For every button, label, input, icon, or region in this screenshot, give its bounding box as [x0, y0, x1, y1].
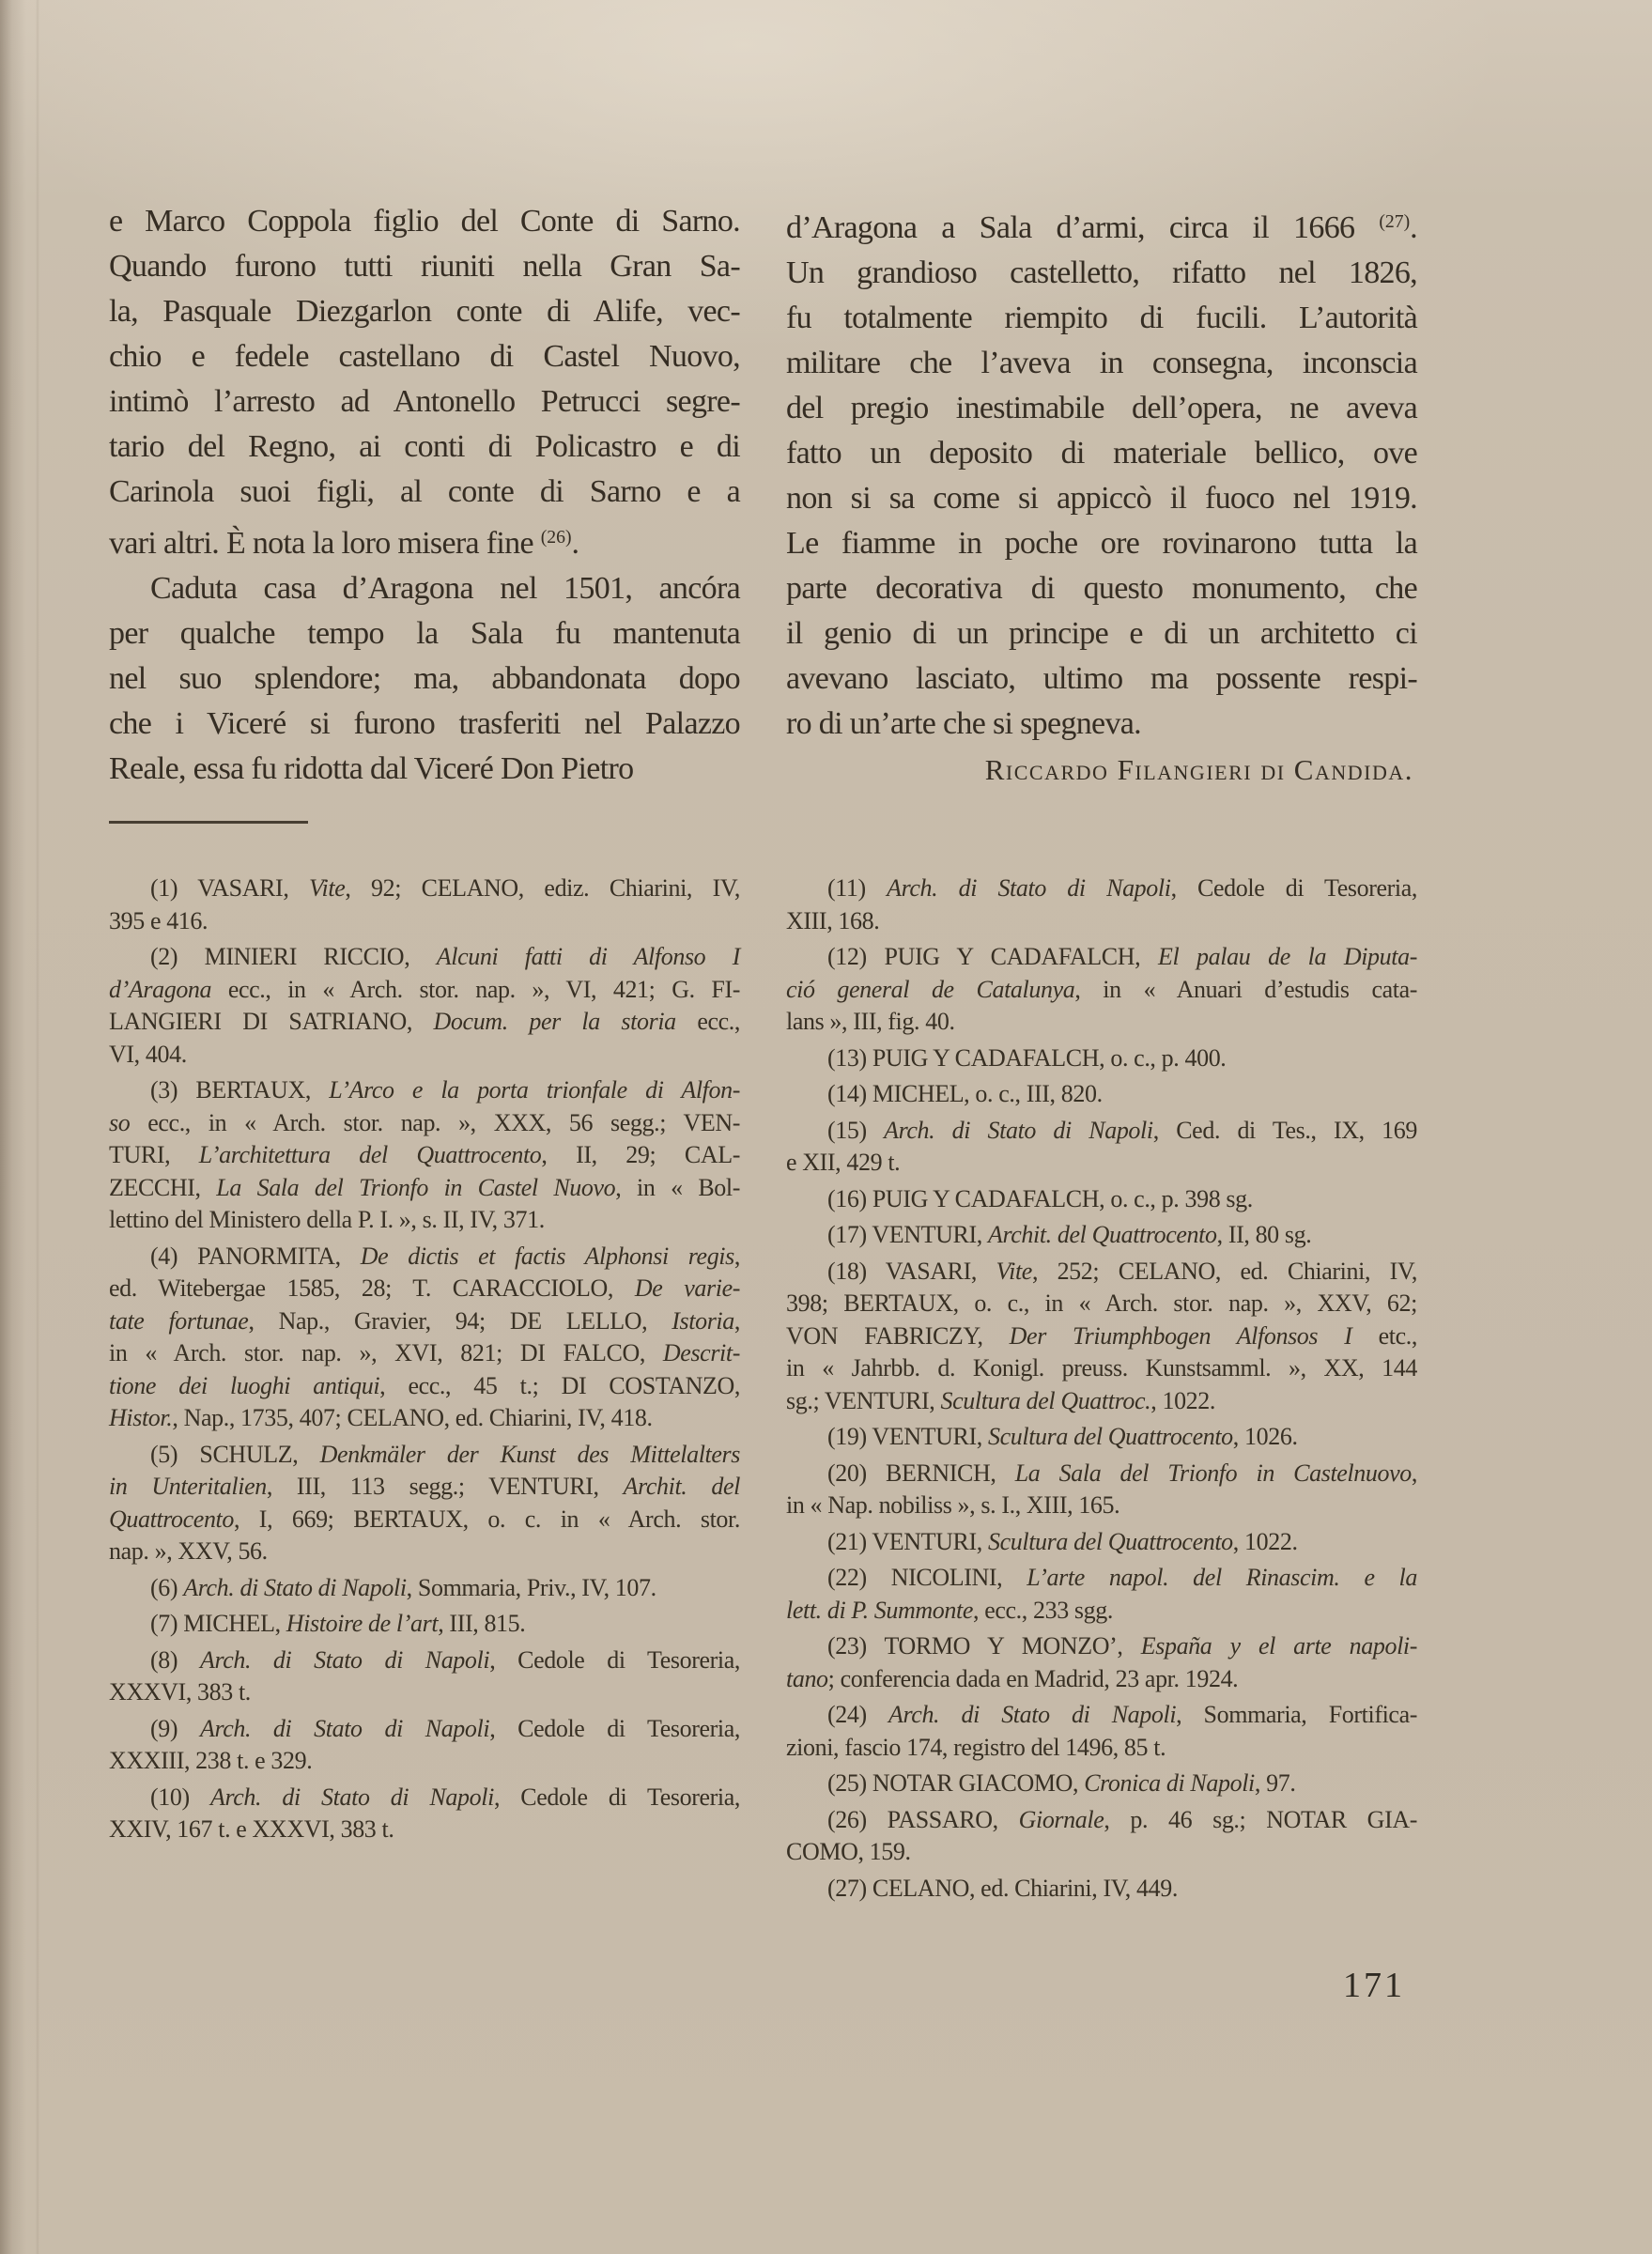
text-line: Reale, essa fu ridotta dal Viceré Don Pi…	[109, 747, 740, 792]
text-line: non si sa come si appiccò il fuoco nel 1…	[786, 476, 1417, 521]
footnote: (19) VENTURI, Scultura del Quattrocento,…	[786, 1421, 1417, 1454]
text-line: (4) PANORMITA, De dictis et factis Alpho…	[109, 1241, 740, 1274]
footnote: (25) NOTAR GIACOMO, Cronica di Napoli, 9…	[786, 1768, 1417, 1800]
text-line: COMO, 159.	[786, 1836, 1417, 1869]
footnote: (1) VASARI, Vite, 92; CELANO, ediz. Chia…	[109, 872, 740, 937]
text-line: nap. », XXV, 56.	[109, 1536, 740, 1568]
cited-title: Vite	[996, 1258, 1032, 1285]
text-line: in « Nap. nobiliss », s. I., XIII, 165.	[786, 1490, 1417, 1522]
text-line: so ecc., in « Arch. stor. nap. », XXX, 5…	[109, 1107, 740, 1140]
text-line: (5) SCHULZ, Denkmäler der Kunst des Mitt…	[109, 1439, 740, 1472]
cited-title: L’architettura del Quattrocento	[199, 1141, 542, 1168]
cited-title: Der Triumphbogen Alfonsos I	[1010, 1322, 1352, 1350]
text-line: ció general de Catalunya, in « Anuari d’…	[786, 974, 1417, 1007]
footnote: (6) Arch. di Stato di Napoli, Sommaria, …	[109, 1572, 740, 1605]
text-line: (20) BERNICH, La Sala del Trionfo in Cas…	[786, 1458, 1417, 1490]
cited-title: Histoire de l’art	[286, 1610, 438, 1637]
footnote: (4) PANORMITA, De dictis et factis Alpho…	[109, 1241, 740, 1435]
footnote: (13) PUIG Y CADAFALCH, o. c., p. 400.	[786, 1042, 1417, 1075]
footnote: (11) Arch. di Stato di Napoli, Cedole di…	[786, 872, 1417, 937]
text-line: (16) PUIG Y CADAFALCH, o. c., p. 398 sg.	[786, 1183, 1417, 1216]
cited-title: España y el arte napoli-	[1141, 1632, 1417, 1660]
text-line: (26) PASSARO, Giornale, p. 46 sg.; NOTAR…	[786, 1804, 1417, 1837]
footnote: (7) MICHEL, Histoire de l’art, III, 815.	[109, 1608, 740, 1641]
text-line: XXIV, 167 t. e XXXVI, 383 t.	[109, 1814, 740, 1846]
text-line: (18) VASARI, Vite, 252; CELANO, ed. Chia…	[786, 1256, 1417, 1289]
footnote: (16) PUIG Y CADAFALCH, o. c., p. 398 sg.	[786, 1183, 1417, 1216]
footnote-reference: (26)	[541, 527, 572, 548]
text-line: ed. Witebergae 1585, 28; T. CARACCIOLO, …	[109, 1273, 740, 1305]
text-line: Le fiamme in poche ore rovinarono tutta …	[786, 521, 1417, 566]
text-line: parte decorativa di questo monumento, ch…	[786, 566, 1417, 611]
text-line: (13) PUIG Y CADAFALCH, o. c., p. 400.	[786, 1042, 1417, 1075]
footnote: (10) Arch. di Stato di Napoli, Cedole di…	[109, 1782, 740, 1846]
text-line: tario del Regno, ai conti di Policastro …	[109, 425, 740, 470]
text-line: militare che l’aveva in consegna, incons…	[786, 341, 1417, 386]
text-line: avevano lasciato, ultimo ma possente res…	[786, 656, 1417, 702]
text-line: LANGIERI DI SATRIANO, Docum. per la stor…	[109, 1006, 740, 1039]
paper-crease	[36, 0, 39, 2254]
cited-title: La Sala del Trionfo in Castel Nuovo	[216, 1174, 615, 1201]
footnotes-left-column: (1) VASARI, Vite, 92; CELANO, ediz. Chia…	[109, 872, 740, 1846]
page-binding-shadow	[0, 0, 26, 2254]
text-line: VI, 404.	[109, 1039, 740, 1072]
cited-title: Arch. di Stato di Napoli	[210, 1783, 494, 1811]
text-line: tano; conferencia dada en Madrid, 23 apr…	[786, 1663, 1417, 1696]
footnote: (15) Arch. di Stato di Napoli, Ced. di T…	[786, 1115, 1417, 1180]
footnote: (20) BERNICH, La Sala del Trionfo in Cas…	[786, 1458, 1417, 1522]
cited-title: El palau de la Diputa-	[1158, 943, 1417, 970]
cited-title: Alcuni fatti di Alfonso I	[437, 943, 740, 970]
text-line: Caduta casa d’Aragona nel 1501, ancóra	[109, 566, 740, 611]
text-line: (19) VENTURI, Scultura del Quattrocento,…	[786, 1421, 1417, 1454]
text-line: tione dei luoghi antiqui, ecc., 45 t.; D…	[109, 1370, 740, 1403]
text-line: ZECCHI, La Sala del Trionfo in Castel Nu…	[109, 1172, 740, 1205]
text-line: (25) NOTAR GIACOMO, Cronica di Napoli, 9…	[786, 1768, 1417, 1800]
text-line: Quattrocento, I, 669; BERTAUX, o. c. in …	[109, 1504, 740, 1536]
text-line: lans », III, fig. 40.	[786, 1006, 1417, 1039]
cited-title: ció general de Catalunya	[786, 976, 1074, 1003]
cited-title: Arch. di Stato di Napoli	[183, 1574, 406, 1601]
footnote: (3) BERTAUX, L’Arco e la porta trionfale…	[109, 1074, 740, 1237]
cited-title: Scultura del Quattrocento	[988, 1528, 1233, 1555]
text-line: fatto un deposito di materiale bellico, …	[786, 431, 1417, 476]
cited-title: Cronica di Napoli	[1084, 1769, 1255, 1797]
footnote: (24) Arch. di Stato di Napoli, Sommaria,…	[786, 1699, 1417, 1764]
cited-title: Arch. di Stato di Napoli	[887, 874, 1170, 902]
page-number: 171	[1343, 1965, 1405, 2006]
text-line: e XII, 429 t.	[786, 1147, 1417, 1180]
text-line: (23) TORMO Y MONZO’, España y el arte na…	[786, 1630, 1417, 1663]
footnote: (18) VASARI, Vite, 252; CELANO, ed. Chia…	[786, 1256, 1417, 1418]
text-line: del pregio inestimabile dell’opera, ne a…	[786, 386, 1417, 431]
text-line: lettino del Ministero della P. I. », s. …	[109, 1204, 740, 1237]
cited-title: tate fortunae	[109, 1307, 248, 1335]
footnote: (23) TORMO Y MONZO’, España y el arte na…	[786, 1630, 1417, 1695]
text-line: che i Viceré si furono trasferiti nel Pa…	[109, 702, 740, 747]
footnote-separator	[109, 821, 308, 824]
text-line: XXXVI, 383 t.	[109, 1676, 740, 1709]
cited-title: tione dei luoghi antiqui	[109, 1372, 379, 1399]
footnote: (14) MICHEL, o. c., III, 820.	[786, 1078, 1417, 1111]
text-line: fu totalmente riempito di fucili. L’auto…	[786, 296, 1417, 341]
cited-title: Archit. del Quattrocento	[988, 1221, 1217, 1248]
cited-title: Quattrocento	[109, 1505, 234, 1533]
paragraph: Caduta casa d’Aragona nel 1501, ancórape…	[109, 566, 740, 792]
text-line: in Unteritalien, III, 113 segg.; VENTURI…	[109, 1471, 740, 1504]
cited-title: Istoria	[672, 1307, 734, 1335]
text-line: Quando furono tutti riuniti nella Gran S…	[109, 244, 740, 289]
text-line: (2) MINIERI RICCIO, Alcuni fatti di Alfo…	[109, 941, 740, 974]
text-line: XIII, 168.	[786, 905, 1417, 938]
text-line: (15) Arch. di Stato di Napoli, Ced. di T…	[786, 1115, 1417, 1148]
text-line: VON FABRICZY, Der Triumphbogen Alfonsos …	[786, 1320, 1417, 1353]
text-line: (10) Arch. di Stato di Napoli, Cedole di…	[109, 1782, 740, 1814]
text-line: Histor., Nap., 1735, 407; CELANO, ed. Ch…	[109, 1402, 740, 1435]
text-line: vari altri. È nota la loro misera fine (…	[109, 515, 740, 566]
cited-title: Vite	[309, 874, 345, 902]
text-line: d’Aragona a Sala d’armi, circa il 1666 (…	[786, 199, 1417, 251]
book-page: e Marco Coppola figlio del Conte di Sarn…	[0, 0, 1652, 2254]
footnote: (9) Arch. di Stato di Napoli, Cedole di …	[109, 1713, 740, 1778]
text-line: (22) NICOLINI, L’arte napol. del Rinasci…	[786, 1562, 1417, 1595]
footnote: (22) NICOLINI, L’arte napol. del Rinasci…	[786, 1562, 1417, 1627]
cited-title: Arch. di Stato di Napoli	[884, 1117, 1153, 1144]
text-line: intimò l’arresto ad Antonello Petrucci s…	[109, 379, 740, 425]
text-line: (7) MICHEL, Histoire de l’art, III, 815.	[109, 1608, 740, 1641]
cited-title: Docum. per la storia	[434, 1008, 676, 1035]
text-line: (8) Arch. di Stato di Napoli, Cedole di …	[109, 1644, 740, 1677]
cited-title: L’arte napol. del Rinascim. e la	[1027, 1564, 1417, 1591]
paragraph: d’Aragona a Sala d’armi, circa il 1666 (…	[786, 199, 1417, 747]
cited-title: tano	[786, 1665, 828, 1692]
text-line: (17) VENTURI, Archit. del Quattrocento, …	[786, 1219, 1417, 1252]
footnote: (8) Arch. di Stato di Napoli, Cedole di …	[109, 1644, 740, 1709]
text-line: TURI, L’architettura del Quattrocento, I…	[109, 1139, 740, 1172]
text-line: zioni, fascio 174, registro del 1496, 85…	[786, 1732, 1417, 1765]
text-line: (1) VASARI, Vite, 92; CELANO, ediz. Chia…	[109, 872, 740, 905]
footnote: (12) PUIG Y CADAFALCH, El palau de la Di…	[786, 941, 1417, 1039]
text-line: (9) Arch. di Stato di Napoli, Cedole di …	[109, 1713, 740, 1746]
text-line: la, Pasquale Diezgarlon conte di Alife, …	[109, 289, 740, 334]
text-line: d’Aragona ecc., in « Arch. stor. nap. »,…	[109, 974, 740, 1007]
cited-title: d’Aragona	[109, 976, 211, 1003]
cited-title: lett. di P. Summonte	[786, 1597, 973, 1624]
text-line: il genio di un principe e di un architet…	[786, 611, 1417, 656]
cited-title: Descrit-	[663, 1339, 740, 1366]
text-line: in « Jahrbb. d. Konigl. preuss. Kunstsam…	[786, 1352, 1417, 1385]
text-line: (6) Arch. di Stato di Napoli, Sommaria, …	[109, 1572, 740, 1605]
text-line: sg.; VENTURI, Scultura del Quattroc., 10…	[786, 1385, 1417, 1418]
body-left-column: e Marco Coppola figlio del Conte di Sarn…	[109, 199, 740, 792]
cited-title: Arch. di Stato di Napoli	[200, 1715, 489, 1742]
cited-title: L’Arco e la porta trionfale di Alfon-	[329, 1076, 740, 1104]
footnote: (27) CELANO, ed. Chiarini, IV, 449.	[786, 1873, 1417, 1906]
text-line: (3) BERTAUX, L’Arco e la porta trionfale…	[109, 1074, 740, 1107]
cited-title: Denkmäler der Kunst des Mittelalters	[320, 1441, 740, 1468]
text-line: per qualche tempo la Sala fu mantenuta	[109, 611, 740, 656]
cited-title: Scultura del Quattroc.	[941, 1387, 1151, 1414]
text-line: Un grandioso castelletto, rifatto nel 18…	[786, 251, 1417, 296]
footnote: (21) VENTURI, Scultura del Quattrocento,…	[786, 1526, 1417, 1559]
cited-title: Archit. del	[624, 1473, 740, 1500]
footnotes-right-column: (11) Arch. di Stato di Napoli, Cedole di…	[786, 872, 1417, 1905]
text-line: (11) Arch. di Stato di Napoli, Cedole di…	[786, 872, 1417, 905]
cited-title: Histor.	[109, 1404, 172, 1431]
footnote: (17) VENTURI, Archit. del Quattrocento, …	[786, 1219, 1417, 1252]
text-line: lett. di P. Summonte, ecc., 233 sgg.	[786, 1595, 1417, 1628]
cited-title: Arch. di Stato di Napoli	[200, 1646, 489, 1674]
footnote: (2) MINIERI RICCIO, Alcuni fatti di Alfo…	[109, 941, 740, 1071]
text-line: (21) VENTURI, Scultura del Quattrocento,…	[786, 1526, 1417, 1559]
text-line: in « Arch. stor. nap. », XVI, 821; DI FA…	[109, 1337, 740, 1370]
cited-title: Scultura del Quattrocento	[988, 1423, 1233, 1450]
text-line: (12) PUIG Y CADAFALCH, El palau de la Di…	[786, 941, 1417, 974]
text-line: nel suo splendore; ma, abbandonata dopo	[109, 656, 740, 702]
text-line: XXXIII, 238 t. e 329.	[109, 1745, 740, 1778]
cited-title: so	[109, 1109, 130, 1136]
text-line: 395 e 416.	[109, 905, 740, 938]
cited-title: Giornale	[1019, 1806, 1104, 1833]
footnote: (5) SCHULZ, Denkmäler der Kunst des Mitt…	[109, 1439, 740, 1568]
cited-title: La Sala del Trionfo in Castelnuovo	[1015, 1459, 1412, 1487]
footnote: (26) PASSARO, Giornale, p. 46 sg.; NOTAR…	[786, 1804, 1417, 1869]
text-line: tate fortunae, Nap., Gravier, 94; DE LEL…	[109, 1305, 740, 1338]
text-line: Carinola suoi figli, al conte di Sarno e…	[109, 470, 740, 515]
text-line: ro di un’arte che si spegneva.	[786, 702, 1417, 747]
cited-title: De dictis et factis Alphonsi regis	[361, 1243, 734, 1270]
cited-title: Arch. di Stato di Napoli	[888, 1701, 1176, 1728]
text-line: (27) CELANO, ed. Chiarini, IV, 449.	[786, 1873, 1417, 1906]
paragraph: e Marco Coppola figlio del Conte di Sarn…	[109, 199, 740, 566]
text-line: (14) MICHEL, o. c., III, 820.	[786, 1078, 1417, 1111]
author-signature: Riccardo Filangieri di Candida.	[786, 753, 1413, 787]
text-line: 398; BERTAUX, o. c., in « Arch. stor. na…	[786, 1288, 1417, 1320]
text-line: (24) Arch. di Stato di Napoli, Sommaria,…	[786, 1699, 1417, 1732]
cited-title: in Unteritalien	[109, 1473, 267, 1500]
body-right-column: d’Aragona a Sala d’armi, circa il 1666 (…	[786, 199, 1417, 747]
footnote-reference: (27)	[1379, 211, 1410, 232]
cited-title: De varie-	[635, 1274, 740, 1302]
text-line: e Marco Coppola figlio del Conte di Sarn…	[109, 199, 740, 244]
text-line: chio e fedele castellano di Castel Nuovo…	[109, 334, 740, 379]
